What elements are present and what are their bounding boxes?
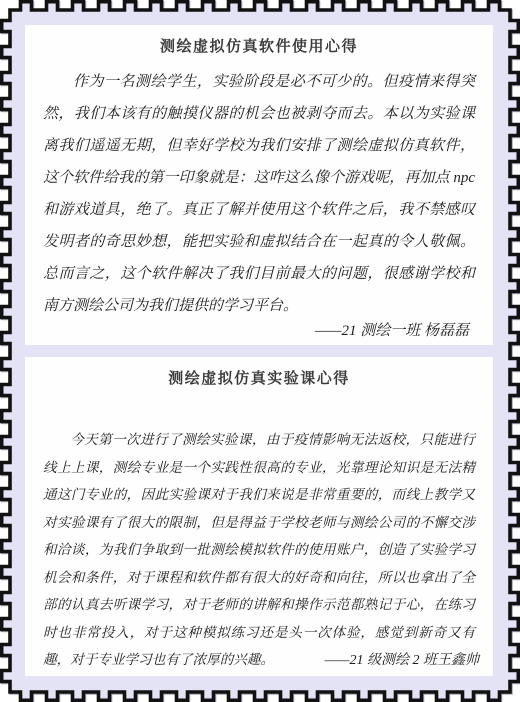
essay-2-body: 今天第一次进行了测绘实验课，由于疫情影响无法返校，只能进行线上上课，测绘专业是一…	[43, 426, 475, 674]
essay-1-title: 测绘虚拟仿真软件使用心得	[43, 37, 475, 57]
essay-2-signature: ——21 级测绘 2 班王鑫帅	[325, 649, 479, 669]
stamp-page: 测绘虚拟仿真软件使用心得 作为一名测绘学生，实验阶段是必不可少的。但疫情来得突然…	[0, 0, 520, 702]
essay-card-1: 测绘虚拟仿真软件使用心得 作为一名测绘学生，实验阶段是必不可少的。但疫情来得突然…	[25, 25, 493, 345]
essay-card-2: 测绘虚拟仿真实验课心得 今天第一次进行了测绘实验课，由于疫情影响无法返校，只能进…	[25, 357, 493, 676]
essay-1-signature: ——21 测绘一班 杨磊磊	[315, 319, 469, 340]
essay-2-title: 测绘虚拟仿真实验课心得	[43, 369, 475, 389]
essay-1-body: 作为一名测绘学生，实验阶段是必不可少的。但疫情来得突然，我们本该有的触摸仪器的机…	[43, 66, 475, 322]
